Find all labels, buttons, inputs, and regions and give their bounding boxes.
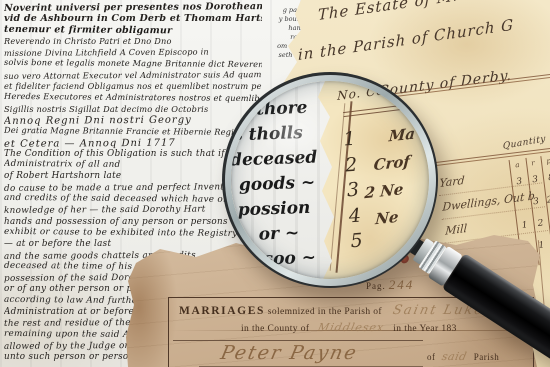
estate-entry-list: YardDwellings, Out bMill [438,159,550,243]
manuscript-line: vid de Ashbourn in Com Derb et Thomam Ha… [4,13,262,24]
manuscript-line: Noverint universi per presentes nos Doro… [4,1,262,14]
edge-fragment: hans [260,24,304,33]
year-printed: in the Year 183 [393,324,457,334]
register-county-row: in the County of Middlesex in the Year 1… [241,321,457,334]
footer-of: of [427,352,436,362]
quantity-header: Quantity [503,134,546,152]
county-handwritten: Middlesex [317,321,386,334]
marriages-title: MARRIAGES [179,305,265,317]
qty-cell: 8 [547,173,550,184]
manuscript-line: et Cetera — Annoq Dni 1717 [4,137,262,150]
page-number-label: Pag.244 [366,277,414,293]
register-header-row: MARRIAGES solemnized in the Parish of Sa… [179,303,484,318]
collage-photo: The Estate of Mr. P in the Parish of Chu… [0,0,550,367]
manuscript-line: of Robert Hartshorn late [4,171,262,182]
register-entry-box: MARRIAGES solemnized in the Parish of Sa… [168,297,534,367]
ruled-line [173,340,423,341]
parish-handwritten: Saint Luke [391,303,485,318]
county-printed: in the County of [241,324,309,334]
page-label: Pag. [366,281,386,291]
groom-name-handwritten: Peter Payne [219,342,360,364]
page-number: 244 [389,277,415,292]
qty-cell: 28 [546,194,550,205]
manuscript-line: exhibit or cause to be exhibited into th… [4,227,262,241]
manuscript-line: Sigillis nostris Sigillat Dat decimo die… [4,104,262,115]
col-p: p [546,157,550,165]
manuscript-line: knowledge of her — the said Dorothy Hart [4,204,262,217]
footer-handwritten: said [441,350,469,363]
footer-parish: Parish [474,352,500,362]
manuscript-line: tenemur et firmiter obligamur [4,23,262,37]
manuscript-line: suo vero Attornat Executor vel Administr… [4,69,262,82]
estate-title-line2: in the Parish of Church G [298,16,514,65]
register-footer-row: of said Parish [427,350,499,363]
estate-title-line1: The Estate of Mr. P [318,0,482,24]
header-rest: solemnized in the Parish of [268,307,382,317]
